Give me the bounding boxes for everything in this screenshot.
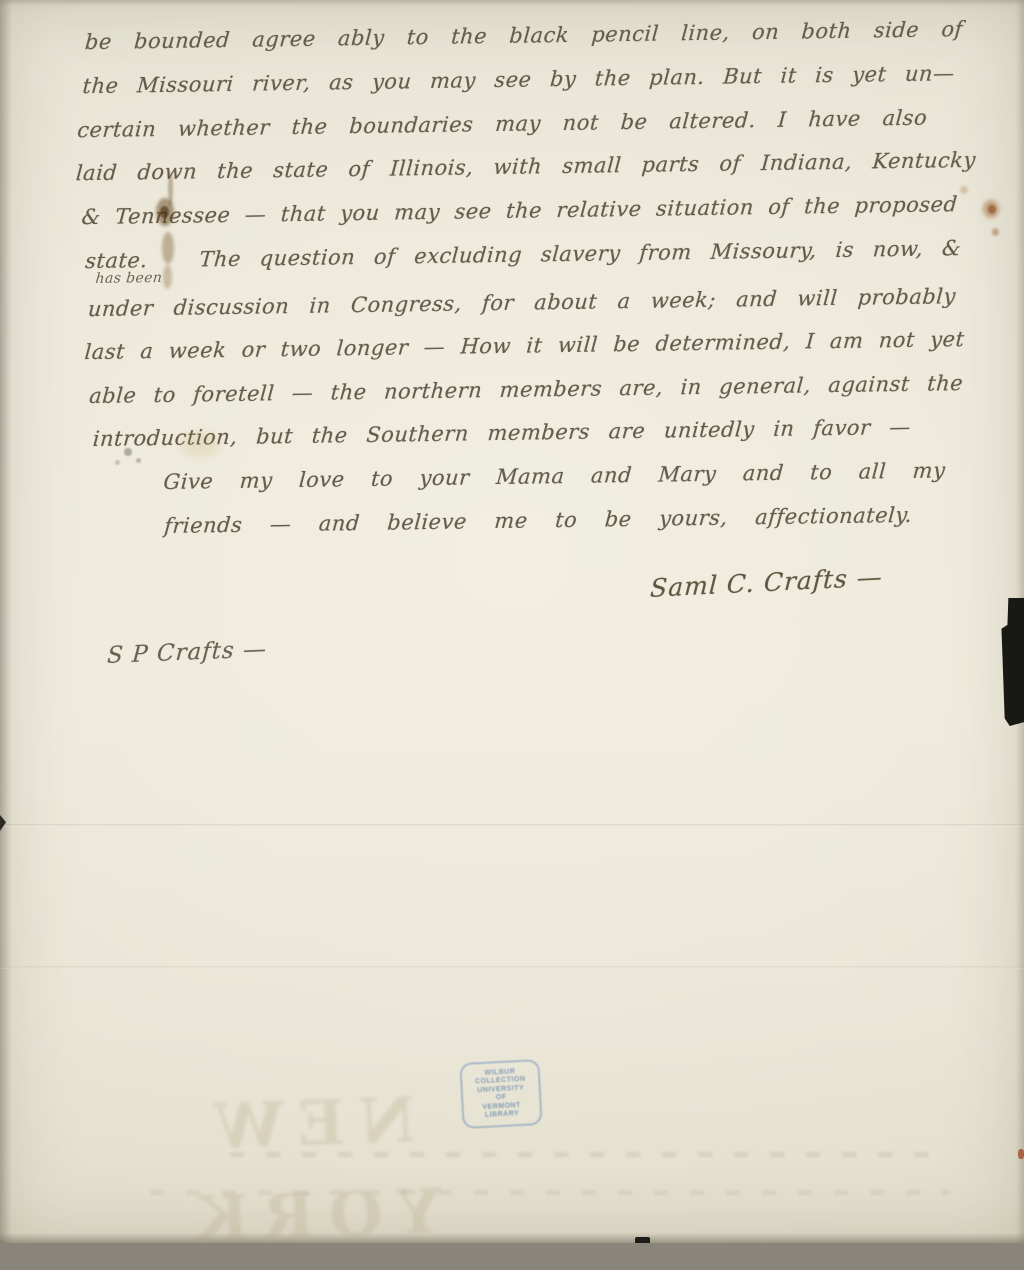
letter-line: laid down the state of Illinois, with sm… [75,142,978,191]
fold-crease [0,824,1024,827]
foxing-spot [988,205,996,214]
letter-line: under discussion in Congress, for about … [87,278,958,327]
paper-speck [136,458,141,463]
fold-crease [0,966,1024,969]
signature: Saml C. Crafts — [649,562,883,603]
letter-line-segment: The question of excluding slavery from M… [198,230,962,277]
letter-line: Give my love to your Mama and Mary and t… [162,452,947,500]
letter-line: last a week or two longer — How it will … [83,321,966,370]
foxing-spot [960,186,968,194]
library-stamp: Wilbur Collection University of Vermont … [459,1059,542,1129]
paper-stain [180,432,220,458]
docket-signature: S P Crafts — [106,636,268,669]
interline-insertion: has been [95,270,163,287]
page-edge-bottom [0,1233,1024,1243]
letter-line: be bounded agree ably to the black penci… [84,11,965,60]
letter-line: able to foretell — the northern members … [88,365,965,414]
letter-line: state. The question of excluding slavery… [84,230,963,279]
paper-speck [124,448,132,456]
letter-line: certain whether the boundaries may not b… [76,100,929,149]
letter-page: be bounded agree ably to the black penci… [0,0,1024,1243]
paper-speck [115,460,120,465]
bleedthrough-line [230,1152,930,1157]
ink-stain [162,232,174,264]
dark-mark-bottom-edge [635,1237,650,1243]
ink-stain [163,265,172,289]
letter-line: the Missouri river, as you may see by th… [81,55,956,104]
stamp-line: Library [485,1110,520,1120]
letter-body: be bounded agree ably to the black penci… [0,0,1024,721]
bleedthrough-line [150,1190,950,1195]
letter-line: friends — and believe me to be yours, af… [163,497,914,544]
ink-stain [160,206,169,218]
foxing-spot [992,228,999,236]
red-fleck-right-edge [1018,1149,1024,1159]
letter-line: & Tennessee — that you may see the relat… [80,186,959,235]
